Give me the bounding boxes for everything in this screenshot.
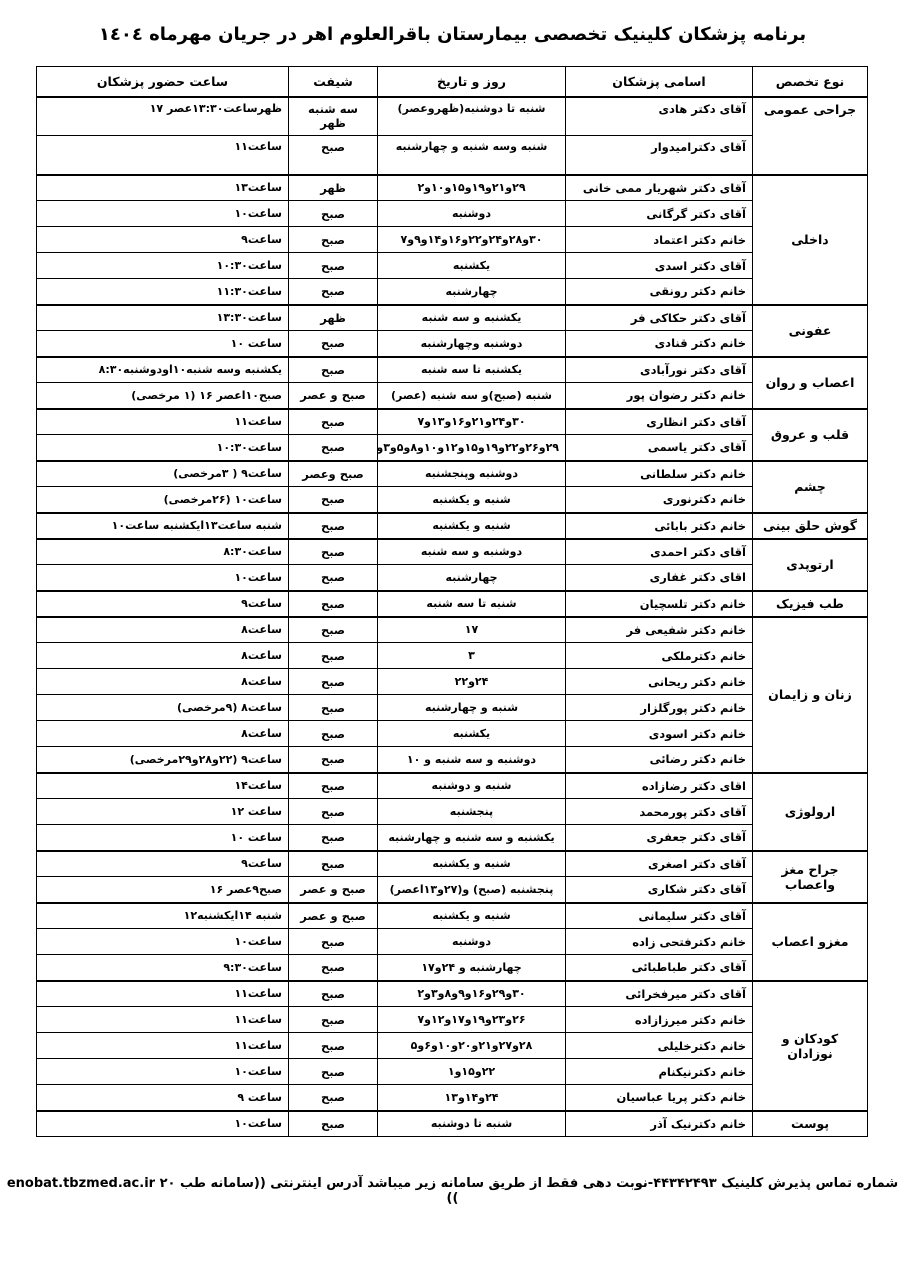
table-row: خانم دکترخلیلی۲۸و۲۷و۲۱و۲۰و۱۰و۶و۵صبحساعت۱… bbox=[37, 1033, 868, 1059]
day-date-cell: یکشنبه تا سه شنبه bbox=[378, 357, 566, 383]
day-date-cell: یکشنبه bbox=[378, 721, 566, 747]
specialty-cell: زنان و زایمان bbox=[753, 617, 868, 773]
hours-cell: ساعت ۱۰ bbox=[37, 331, 289, 357]
page-title: برنامه پزشکان کلینیک تخصصی بیمارستان باق… bbox=[0, 24, 905, 45]
shift-cell: صبح bbox=[289, 981, 378, 1007]
doctor-name-cell: آقای دکتر هادی bbox=[566, 97, 753, 136]
day-date-cell: چهارشنبه bbox=[378, 279, 566, 305]
specialty-cell: مغزو اعصاب bbox=[753, 903, 868, 981]
shift-cell: سه شنبه ظهر bbox=[289, 97, 378, 136]
doctor-name-cell: خانم دکترنیک آذر bbox=[566, 1111, 753, 1137]
shift-cell: صبح bbox=[289, 279, 378, 305]
day-date-cell: شنبه و یکشنبه bbox=[378, 851, 566, 877]
footer-contact-note: شماره تماس پذیرش کلینیک ۴۴۳۴۲۴۹۳-نوبت ده… bbox=[0, 1176, 905, 1206]
doctor-name-cell: آقای دکتر سلیمانی bbox=[566, 903, 753, 929]
day-date-cell: دوشنبه bbox=[378, 201, 566, 227]
shift-cell: صبح bbox=[289, 851, 378, 877]
doctor-name-cell: خانم دکتر اعتماد bbox=[566, 227, 753, 253]
table-row: ارولوژیاقای دکتر رضازادهشنبه و دوشنبهصبح… bbox=[37, 773, 868, 799]
table-row: اعصاب و روانآقای دکتر نورآبادییکشنبه تا … bbox=[37, 357, 868, 383]
shift-cell: صبح bbox=[289, 669, 378, 695]
doctor-name-cell: آقای دکتر احمدی bbox=[566, 539, 753, 565]
day-date-cell: دوشنبه وپنجشنبه bbox=[378, 461, 566, 487]
hours-cell: ساعت۸ bbox=[37, 721, 289, 747]
doctor-name-cell: آقای دکتر حکاکی فر bbox=[566, 305, 753, 331]
hours-cell: ساعت۱۰ (۲۶مرخصی) bbox=[37, 487, 289, 513]
hours-cell: ساعت۹ bbox=[37, 851, 289, 877]
table-row: خانم دکتر قنادیدوشنبه وچهارشنبهصبحساعت ۱… bbox=[37, 331, 868, 357]
table-row: خانم دکترملکی۳صبحساعت۸ bbox=[37, 643, 868, 669]
hours-cell: ساعت۱۰:۳۰ bbox=[37, 435, 289, 461]
doctor-name-cell: آقای دکتر پورمحمد bbox=[566, 799, 753, 825]
table-row: مغزو اعصابآقای دکتر سلیمانیشنبه و یکشنبه… bbox=[37, 903, 868, 929]
day-date-cell: شنبه و یکشنبه bbox=[378, 487, 566, 513]
doctor-name-cell: خانم دکتر اسودی bbox=[566, 721, 753, 747]
shift-cell: صبح bbox=[289, 695, 378, 721]
day-date-cell: ۲۴و۲۲ bbox=[378, 669, 566, 695]
day-date-cell: شنبه وسه شنبه و چهارشنبه bbox=[378, 136, 566, 175]
doctors-schedule-table: نوع تخصص اسامی پزشکان روز و تاریخ شیفت س… bbox=[36, 66, 868, 1137]
day-date-cell: ۲۴و۱۴و۱۳ bbox=[378, 1085, 566, 1111]
shift-cell: صبح bbox=[289, 1007, 378, 1033]
hours-cell: ساعت۱۰ bbox=[37, 201, 289, 227]
hours-cell: ساعت۹ ( ۳مرخصی) bbox=[37, 461, 289, 487]
hours-cell: ساعت۸ bbox=[37, 643, 289, 669]
day-date-cell: چهارشنبه bbox=[378, 565, 566, 591]
doctor-name-cell: خانم دکتر تلسچیان bbox=[566, 591, 753, 617]
hours-cell: ساعت۹ bbox=[37, 591, 289, 617]
specialty-cell: چشم bbox=[753, 461, 868, 513]
shift-cell: صبح و عصر bbox=[289, 383, 378, 409]
day-date-cell: ۲۸و۲۷و۲۱و۲۰و۱۰و۶و۵ bbox=[378, 1033, 566, 1059]
day-date-cell: ۲۶و۲۳و۱۹و۱۷و۱۲و۷ bbox=[378, 1007, 566, 1033]
hours-cell: ساعت ۹ bbox=[37, 1085, 289, 1111]
table-row: آقای دکتر یاسمی۲۹و۲۶و۲۲و۱۹و۱۵و۱۲و۱۰و۸و۵و… bbox=[37, 435, 868, 461]
table-row: جراحی عمومیآقای دکتر هادیشنبه تا دوشنبه(… bbox=[37, 97, 868, 136]
doctor-name-cell: آقای دکتر انظاری bbox=[566, 409, 753, 435]
day-date-cell: شنبه تا دوشنبه bbox=[378, 1111, 566, 1137]
shift-cell: صبح bbox=[289, 747, 378, 773]
schedule-table-body: جراحی عمومیآقای دکتر هادیشنبه تا دوشنبه(… bbox=[37, 97, 868, 1137]
doctor-name-cell: آقای دکتر طباطبائی bbox=[566, 955, 753, 981]
column-header-doctors: اسامی پزشکان bbox=[566, 67, 753, 97]
doctor-name-cell: آقای دکتر شکاری bbox=[566, 877, 753, 903]
table-row: داخلیآقای دکتر شهریار ممی خانی۲۹و۲۱و۱۹و۱… bbox=[37, 175, 868, 201]
day-date-cell: ۳۰و۲۸و۲۴و۲۲و۱۶و۱۴و۹و۷ bbox=[378, 227, 566, 253]
shift-cell: صبح bbox=[289, 1085, 378, 1111]
hours-cell: شنبه ۱۴ایکشنبه۱۲ bbox=[37, 903, 289, 929]
specialty-cell: ارتوپدی bbox=[753, 539, 868, 591]
day-date-cell: دوشنبه و سه شنبه bbox=[378, 539, 566, 565]
hours-cell: ساعت۹ (۲۲و۲۸و۲۹مرخصی) bbox=[37, 747, 289, 773]
table-row: طب فیزیکخانم دکتر تلسچیانشنبه تا سه شنبه… bbox=[37, 591, 868, 617]
table-row: خانم دکتر اعتماد۳۰و۲۸و۲۴و۲۲و۱۶و۱۴و۹و۷صبح… bbox=[37, 227, 868, 253]
shift-cell: صبح bbox=[289, 357, 378, 383]
doctor-name-cell: آقای دکترامیدوار bbox=[566, 136, 753, 175]
table-row: قلب و عروقآقای دکتر انظاری۳۰و۲۴و۲۱و۱۶و۱۳… bbox=[37, 409, 868, 435]
shift-cell: صبح bbox=[289, 487, 378, 513]
shift-cell: صبح bbox=[289, 136, 378, 175]
table-row: پوستخانم دکترنیک آذرشنبه تا دوشنبهصبحساع… bbox=[37, 1111, 868, 1137]
hours-cell: ساعت۱۰ bbox=[37, 1059, 289, 1085]
hours-cell: ساعت۸:۳۰ bbox=[37, 539, 289, 565]
table-row: آقای دکتر طباطبائیچهارشنبه و ۲۴و۱۷صبحساع… bbox=[37, 955, 868, 981]
hours-cell: ساعت۱۳:۳۰ bbox=[37, 305, 289, 331]
hours-cell: ساعت۱۱ bbox=[37, 409, 289, 435]
table-header: نوع تخصص اسامی پزشکان روز و تاریخ شیفت س… bbox=[37, 67, 868, 97]
specialty-cell: جراح مغز واعصاب bbox=[753, 851, 868, 903]
shift-cell: صبح و عصر bbox=[289, 903, 378, 929]
table-row: خانم دکترنوریشنبه و یکشنبهصبحساعت۱۰ (۲۶م… bbox=[37, 487, 868, 513]
table-row: عفونیآقای دکتر حکاکی فریکشنبه و سه شنبهظ… bbox=[37, 305, 868, 331]
table-row: آقای دکتر گرگانیدوشنبهصبحساعت۱۰ bbox=[37, 201, 868, 227]
doctor-name-cell: خانم دکتر میرزازاده bbox=[566, 1007, 753, 1033]
day-date-cell: شنبه و دوشنبه bbox=[378, 773, 566, 799]
doctor-name-cell: خانم دکتر سلطانی bbox=[566, 461, 753, 487]
day-date-cell: پنجشنبه (صبح) و(۲۷و۱۳اعصر) bbox=[378, 877, 566, 903]
shift-cell: صبح bbox=[289, 539, 378, 565]
shift-cell: صبح bbox=[289, 513, 378, 539]
doctor-name-cell: خانم دکتر شفیعی فر bbox=[566, 617, 753, 643]
table-row: خانم دکتر رضائیدوشنبه و سه شنبه و ۱۰صبحس… bbox=[37, 747, 868, 773]
hours-cell: ساعت۱۱ bbox=[37, 1033, 289, 1059]
specialty-cell: پوست bbox=[753, 1111, 868, 1137]
shift-cell: صبح bbox=[289, 565, 378, 591]
shift-cell: صبح bbox=[289, 721, 378, 747]
hours-cell: ساعت۱۰ bbox=[37, 1111, 289, 1137]
hours-cell: ساعت۱۴ bbox=[37, 773, 289, 799]
shift-cell: صبح bbox=[289, 1111, 378, 1137]
schedule-document-page: برنامه پزشکان کلینیک تخصصی بیمارستان باق… bbox=[0, 0, 905, 1280]
shift-cell: صبح bbox=[289, 955, 378, 981]
column-header-day-date: روز و تاریخ bbox=[378, 67, 566, 97]
hours-cell: ساعت۱۰:۳۰ bbox=[37, 253, 289, 279]
shift-cell: صبح bbox=[289, 643, 378, 669]
table-row: خانم دکترنیکنام۲۲و۱۵و۱صبحساعت۱۰ bbox=[37, 1059, 868, 1085]
day-date-cell: یکشنبه و سه شنبه و چهارشنبه bbox=[378, 825, 566, 851]
specialty-cell: کودکان و نوزادان bbox=[753, 981, 868, 1111]
hours-cell: ساعت۱۳ bbox=[37, 175, 289, 201]
doctor-name-cell: آقای دکتر اسدی bbox=[566, 253, 753, 279]
shift-cell: صبح وعصر bbox=[289, 461, 378, 487]
doctor-name-cell: آقای دکتر اصغری bbox=[566, 851, 753, 877]
table-row: خانم دکتر ریحانی۲۴و۲۲صبحساعت۸ bbox=[37, 669, 868, 695]
table-row: ارتوپدیآقای دکتر احمدیدوشنبه و سه شنبهصب… bbox=[37, 539, 868, 565]
column-header-hours: ساعت حضور پزشکان bbox=[37, 67, 289, 97]
day-date-cell: یکشنبه و سه شنبه bbox=[378, 305, 566, 331]
day-date-cell: ۲۲و۱۵و۱ bbox=[378, 1059, 566, 1085]
doctor-name-cell: آقای دکتر میرفخرائی bbox=[566, 981, 753, 1007]
doctor-name-cell: خانم دکترفتحی زاده bbox=[566, 929, 753, 955]
hours-cell: صبح۹عصر ۱۶ bbox=[37, 877, 289, 903]
shift-cell: صبح bbox=[289, 799, 378, 825]
day-date-cell: چهارشنبه و ۲۴و۱۷ bbox=[378, 955, 566, 981]
shift-cell: صبح bbox=[289, 201, 378, 227]
hours-cell: یکشنبه وسه شنبه۱۰اودوشنبه۸:۳۰ bbox=[37, 357, 289, 383]
doctor-name-cell: خانم دکتر رضوان پور bbox=[566, 383, 753, 409]
doctor-name-cell: خانم دکتر پریا عباسیان bbox=[566, 1085, 753, 1111]
table-row: خانم دکتر پریا عباسیان۲۴و۱۴و۱۳صبحساعت ۹ bbox=[37, 1085, 868, 1111]
day-date-cell: شنبه تا دوشنبه(ظهروعصر) bbox=[378, 97, 566, 136]
day-date-cell: دوشنبه وچهارشنبه bbox=[378, 331, 566, 357]
table-row: خانم دکتر پورگلزارشنبه و چهارشنبهصبحساعت… bbox=[37, 695, 868, 721]
table-row: اقای دکتر غفاریچهارشنبهصبحساعت۱۰ bbox=[37, 565, 868, 591]
doctor-name-cell: خانم دکترخلیلی bbox=[566, 1033, 753, 1059]
hours-cell: ساعت۸ (۹مرخصی) bbox=[37, 695, 289, 721]
table-row: خانم دکتر رضوان پورشنبه (صبح)و سه شنبه (… bbox=[37, 383, 868, 409]
hours-cell: ساعت۱۱:۳۰ bbox=[37, 279, 289, 305]
specialty-cell: داخلی bbox=[753, 175, 868, 305]
day-date-cell: پنجشنبه bbox=[378, 799, 566, 825]
shift-cell: صبح bbox=[289, 1033, 378, 1059]
shift-cell: صبح bbox=[289, 773, 378, 799]
shift-cell: صبح bbox=[289, 409, 378, 435]
table-row: آقای دکتر شکاریپنجشنبه (صبح) و(۲۷و۱۳اعصر… bbox=[37, 877, 868, 903]
specialty-cell: عفونی bbox=[753, 305, 868, 357]
hours-cell: ساعت ۱۲ bbox=[37, 799, 289, 825]
day-date-cell: ۱۷ bbox=[378, 617, 566, 643]
specialty-cell: قلب و عروق bbox=[753, 409, 868, 461]
shift-cell: ظهر bbox=[289, 175, 378, 201]
table-row: خانم دکتر میرزازاده۲۶و۲۳و۱۹و۱۷و۱۲و۷صبحسا… bbox=[37, 1007, 868, 1033]
specialty-cell: ارولوژی bbox=[753, 773, 868, 851]
table-row: خانم دکتر رونقیچهارشنبهصبحساعت۱۱:۳۰ bbox=[37, 279, 868, 305]
column-header-shift: شیفت bbox=[289, 67, 378, 97]
shift-cell: صبح bbox=[289, 825, 378, 851]
shift-cell: صبح bbox=[289, 331, 378, 357]
table-row: گوش حلق بینیخانم دکتر بابائیشنبه و یکشنب… bbox=[37, 513, 868, 539]
doctor-name-cell: اقای دکتر رضازاده bbox=[566, 773, 753, 799]
day-date-cell: یکشنبه bbox=[378, 253, 566, 279]
specialty-cell: اعصاب و روان bbox=[753, 357, 868, 409]
doctor-name-cell: خانم دکترملکی bbox=[566, 643, 753, 669]
day-date-cell: ۲۹و۲۱و۱۹و۱۵و۱۰و۲ bbox=[378, 175, 566, 201]
table-row: زنان و زایمانخانم دکتر شفیعی فر۱۷صبحساعت… bbox=[37, 617, 868, 643]
shift-cell: صبح bbox=[289, 617, 378, 643]
doctor-name-cell: آقای دکتر شهریار ممی خانی bbox=[566, 175, 753, 201]
table-row: خانم دکتر اسودییکشنبهصبحساعت۸ bbox=[37, 721, 868, 747]
doctor-name-cell: خانم دکتر بابائی bbox=[566, 513, 753, 539]
table-row: آقای دکترامیدوارشنبه وسه شنبه و چهارشنبه… bbox=[37, 136, 868, 175]
doctor-name-cell: آقای دکتر یاسمی bbox=[566, 435, 753, 461]
specialty-cell: جراحی عمومی bbox=[753, 97, 868, 175]
hours-cell: شنبه ساعت۱۳ایکشنبه ساعت۱۰ bbox=[37, 513, 289, 539]
hours-cell: ظهرساعت۱۳:۳۰عصر ۱۷ bbox=[37, 97, 289, 136]
day-date-cell: دوشنبه bbox=[378, 929, 566, 955]
day-date-cell: شنبه و یکشنبه bbox=[378, 513, 566, 539]
shift-cell: صبح و عصر bbox=[289, 877, 378, 903]
hours-cell: ساعت۱۱ bbox=[37, 981, 289, 1007]
day-date-cell: ۳۰و۲۹و۱۶و۹و۸و۳و۲ bbox=[378, 981, 566, 1007]
hours-cell: ساعت ۱۰ bbox=[37, 825, 289, 851]
table-row: آقای دکتر اسدییکشنبهصبحساعت۱۰:۳۰ bbox=[37, 253, 868, 279]
doctor-name-cell: خانم دکترنوری bbox=[566, 487, 753, 513]
hours-cell: ساعت۹:۳۰ bbox=[37, 955, 289, 981]
doctor-name-cell: خانم دکترنیکنام bbox=[566, 1059, 753, 1085]
doctor-name-cell: خانم دکتر رونقی bbox=[566, 279, 753, 305]
doctor-name-cell: آقای دکتر جعفری bbox=[566, 825, 753, 851]
hours-cell: ساعت۸ bbox=[37, 617, 289, 643]
day-date-cell: ۲۹و۲۶و۲۲و۱۹و۱۵و۱۲و۱۰و۸و۵و۳و۱ bbox=[378, 435, 566, 461]
hours-cell: ساعت۸ bbox=[37, 669, 289, 695]
hours-cell: صبح۱۰اعصر ۱۶ (۱ مرخصی) bbox=[37, 383, 289, 409]
day-date-cell: ۳۰و۲۴و۲۱و۱۶و۱۳و۷ bbox=[378, 409, 566, 435]
shift-cell: صبح bbox=[289, 929, 378, 955]
table-row: خانم دکترفتحی زادهدوشنبهصبحساعت۱۰ bbox=[37, 929, 868, 955]
header-row: نوع تخصص اسامی پزشکان روز و تاریخ شیفت س… bbox=[37, 67, 868, 97]
column-header-specialty: نوع تخصص bbox=[753, 67, 868, 97]
table-row: آقای دکتر جعفرییکشنبه و سه شنبه و چهارشن… bbox=[37, 825, 868, 851]
table-row: چشمخانم دکتر سلطانیدوشنبه وپنجشنبهصبح وع… bbox=[37, 461, 868, 487]
day-date-cell: ۳ bbox=[378, 643, 566, 669]
hours-cell: ساعت۱۰ bbox=[37, 565, 289, 591]
table-row: جراح مغز واعصابآقای دکتر اصغریشنبه و یکش… bbox=[37, 851, 868, 877]
hours-cell: ساعت۱۱ bbox=[37, 136, 289, 175]
shift-cell: صبح bbox=[289, 253, 378, 279]
shift-cell: صبح bbox=[289, 1059, 378, 1085]
shift-cell: ظهر bbox=[289, 305, 378, 331]
doctor-name-cell: خانم دکتر قنادی bbox=[566, 331, 753, 357]
day-date-cell: شنبه و یکشنبه bbox=[378, 903, 566, 929]
doctor-name-cell: اقای دکتر غفاری bbox=[566, 565, 753, 591]
doctor-name-cell: خانم دکتر رضائی bbox=[566, 747, 753, 773]
hours-cell: ساعت۱۱ bbox=[37, 1007, 289, 1033]
specialty-cell: گوش حلق بینی bbox=[753, 513, 868, 539]
hours-cell: ساعت۱۰ bbox=[37, 929, 289, 955]
day-date-cell: شنبه (صبح)و سه شنبه (عصر) bbox=[378, 383, 566, 409]
shift-cell: صبح bbox=[289, 227, 378, 253]
day-date-cell: شنبه و چهارشنبه bbox=[378, 695, 566, 721]
day-date-cell: شنبه تا سه شنبه bbox=[378, 591, 566, 617]
day-date-cell: دوشنبه و سه شنبه و ۱۰ bbox=[378, 747, 566, 773]
shift-cell: صبح bbox=[289, 435, 378, 461]
doctor-name-cell: آقای دکتر گرگانی bbox=[566, 201, 753, 227]
table-row: آقای دکتر پورمحمدپنجشنبهصبحساعت ۱۲ bbox=[37, 799, 868, 825]
table-row: کودکان و نوزادانآقای دکتر میرفخرائی۳۰و۲۹… bbox=[37, 981, 868, 1007]
hours-cell: ساعت۹ bbox=[37, 227, 289, 253]
doctor-name-cell: خانم دکتر پورگلزار bbox=[566, 695, 753, 721]
doctor-name-cell: خانم دکتر ریحانی bbox=[566, 669, 753, 695]
doctor-name-cell: آقای دکتر نورآبادی bbox=[566, 357, 753, 383]
specialty-cell: طب فیزیک bbox=[753, 591, 868, 617]
shift-cell: صبح bbox=[289, 591, 378, 617]
